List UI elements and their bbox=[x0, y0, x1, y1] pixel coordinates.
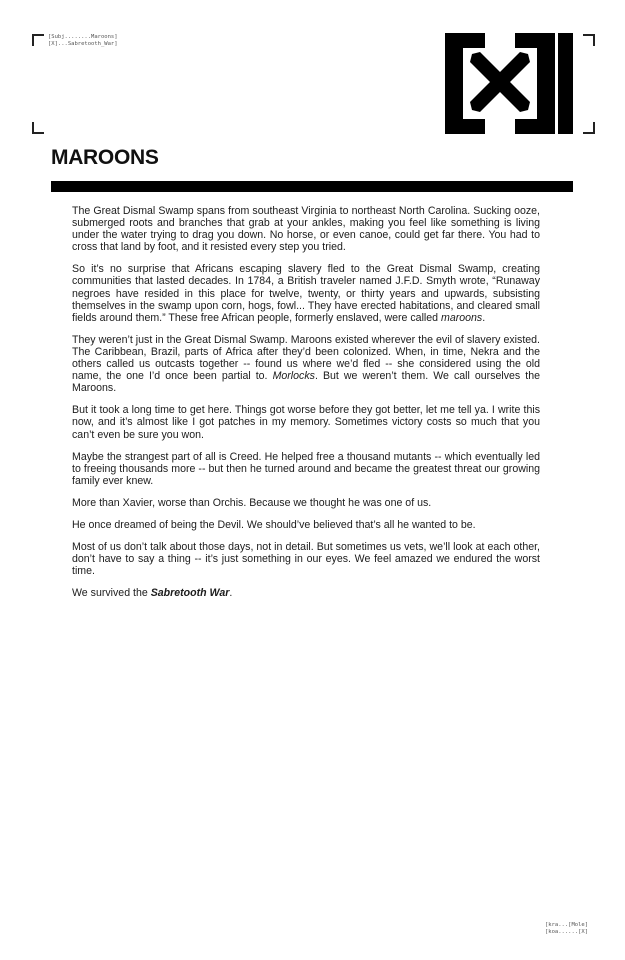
paragraph-3: They weren’t just in the Great Dismal Sw… bbox=[72, 334, 540, 394]
paragraph-1: The Great Dismal Swamp spans from southe… bbox=[72, 205, 540, 253]
page-title: MAROONS bbox=[51, 146, 159, 170]
paragraph-9: We survived the Sabretooth War. bbox=[72, 587, 540, 599]
paragraph-5: Maybe the strangest part of all is Creed… bbox=[72, 451, 540, 487]
article-body: The Great Dismal Swamp spans from southe… bbox=[72, 205, 540, 609]
subject-metadata: [Subj........Maroons][X]...Sabretooth_Wa… bbox=[48, 34, 118, 48]
meta-x-line: [X]...Sabretooth_War] bbox=[48, 41, 118, 48]
paragraph-4: But it took a long time to get here. Thi… bbox=[72, 404, 540, 440]
paragraph-8: Most of us don’t talk about those days, … bbox=[72, 541, 540, 577]
paragraph-2: So it’s no surprise that Africans escapi… bbox=[72, 263, 540, 323]
corner-bracket-top-left bbox=[32, 34, 44, 46]
paragraph-6: More than Xavier, worse than Orchis. Bec… bbox=[72, 497, 540, 509]
title-divider-bar bbox=[51, 181, 573, 192]
paragraph-7: He once dreamed of being the Devil. We s… bbox=[72, 519, 540, 531]
corner-bracket-top-right bbox=[583, 34, 595, 46]
meta-subject-line: [Subj........Maroons] bbox=[48, 34, 118, 41]
footer-meta-line-1: [kra...[Mole] bbox=[545, 922, 588, 929]
corner-bracket-bottom-left bbox=[32, 122, 44, 134]
footer-meta-line-2: [koa......[X] bbox=[545, 929, 588, 936]
corner-bracket-bottom-right bbox=[583, 122, 595, 134]
x-men-bracket-logo-icon bbox=[445, 33, 573, 134]
footer-metadata: [kra...[Mole][koa......[X] bbox=[545, 922, 588, 936]
